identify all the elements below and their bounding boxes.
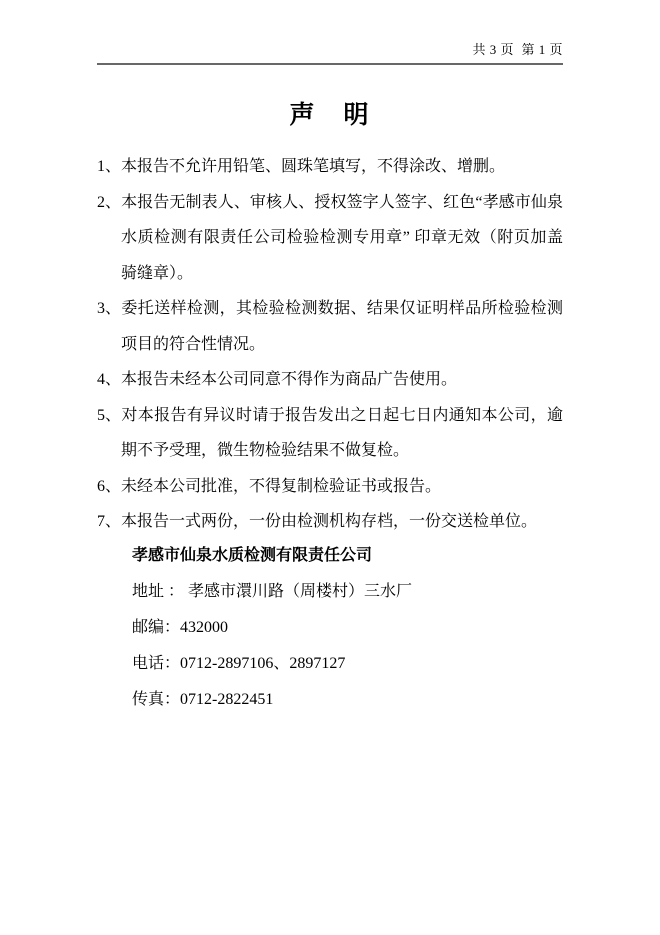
statement-item: 7、本报告一式两份，一份由检测机构存档，一份交送检单位。 [97, 504, 563, 540]
item-text: 未经本公司批准，不得复制检验证书或报告。 [121, 478, 441, 495]
statement-item: 6、未经本公司批准，不得复制检验证书或报告。 [97, 469, 563, 505]
company-contact-block: 孝感市仙泉水质检测有限责任公司 地址 ： 孝感市澴川路（周楼村）三水厂 邮编：4… [132, 538, 572, 718]
fax-line: 传真：0712-2822451 [132, 682, 572, 718]
statement-list: 1、本报告不允许用铅笔、圆珠笔填写，不得涂改、增删。 2、本报告无制表人、审核人… [97, 149, 563, 540]
statement-item: 3、委托送样检测，其检验检测数据、结果仅证明样品所检验检测项目的符合性情况。 [97, 291, 563, 362]
company-name: 孝感市仙泉水质检测有限责任公司 [132, 538, 572, 574]
document-page: 共 3 页 第 1 页 声 明 1、本报告不允许用铅笔、圆珠笔填写，不得涂改、增… [0, 0, 660, 935]
item-number: 1、 [97, 149, 121, 185]
page-number: 共 3 页 第 1 页 [97, 41, 563, 58]
postcode-line: 邮编：432000 [132, 610, 572, 646]
item-text: 对本报告有异议时请于报告发出之日起七日内通知本公司，逾期不予受理，微生物检验结果… [121, 407, 563, 460]
item-text: 本报告不允许用铅笔、圆珠笔填写，不得涂改、增删。 [121, 158, 505, 175]
item-text: 委托送样检测，其检验检测数据、结果仅证明样品所检验检测项目的符合性情况。 [121, 300, 563, 353]
page-title: 声 明 [0, 96, 660, 134]
item-number: 6、 [97, 469, 121, 505]
item-text: 本报告未经本公司同意不得作为商品广告使用。 [121, 371, 457, 388]
statement-item: 5、对本报告有异议时请于报告发出之日起七日内通知本公司，逾期不予受理，微生物检验… [97, 398, 563, 469]
item-number: 4、 [97, 362, 121, 398]
item-number: 7、 [97, 504, 121, 540]
statement-item: 4、本报告未经本公司同意不得作为商品广告使用。 [97, 362, 563, 398]
item-text: 本报告无制表人、审核人、授权签字人签字、红色“孝感市仙泉水质检测有限责任公司检验… [121, 194, 563, 282]
statement-item: 1、本报告不允许用铅笔、圆珠笔填写，不得涂改、增删。 [97, 149, 563, 185]
address-line: 地址 ： 孝感市澴川路（周楼村）三水厂 [132, 574, 572, 610]
item-number: 2、 [97, 185, 121, 221]
statement-item: 2、本报告无制表人、审核人、授权签字人签字、红色“孝感市仙泉水质检测有限责任公司… [97, 185, 563, 292]
phone-line: 电话：0712-2897106、2897127 [132, 646, 572, 682]
item-text: 本报告一式两份，一份由检测机构存档，一份交送检单位。 [121, 513, 537, 530]
item-number: 3、 [97, 291, 121, 327]
header-rule-divider [97, 63, 563, 65]
item-number: 5、 [97, 398, 121, 434]
